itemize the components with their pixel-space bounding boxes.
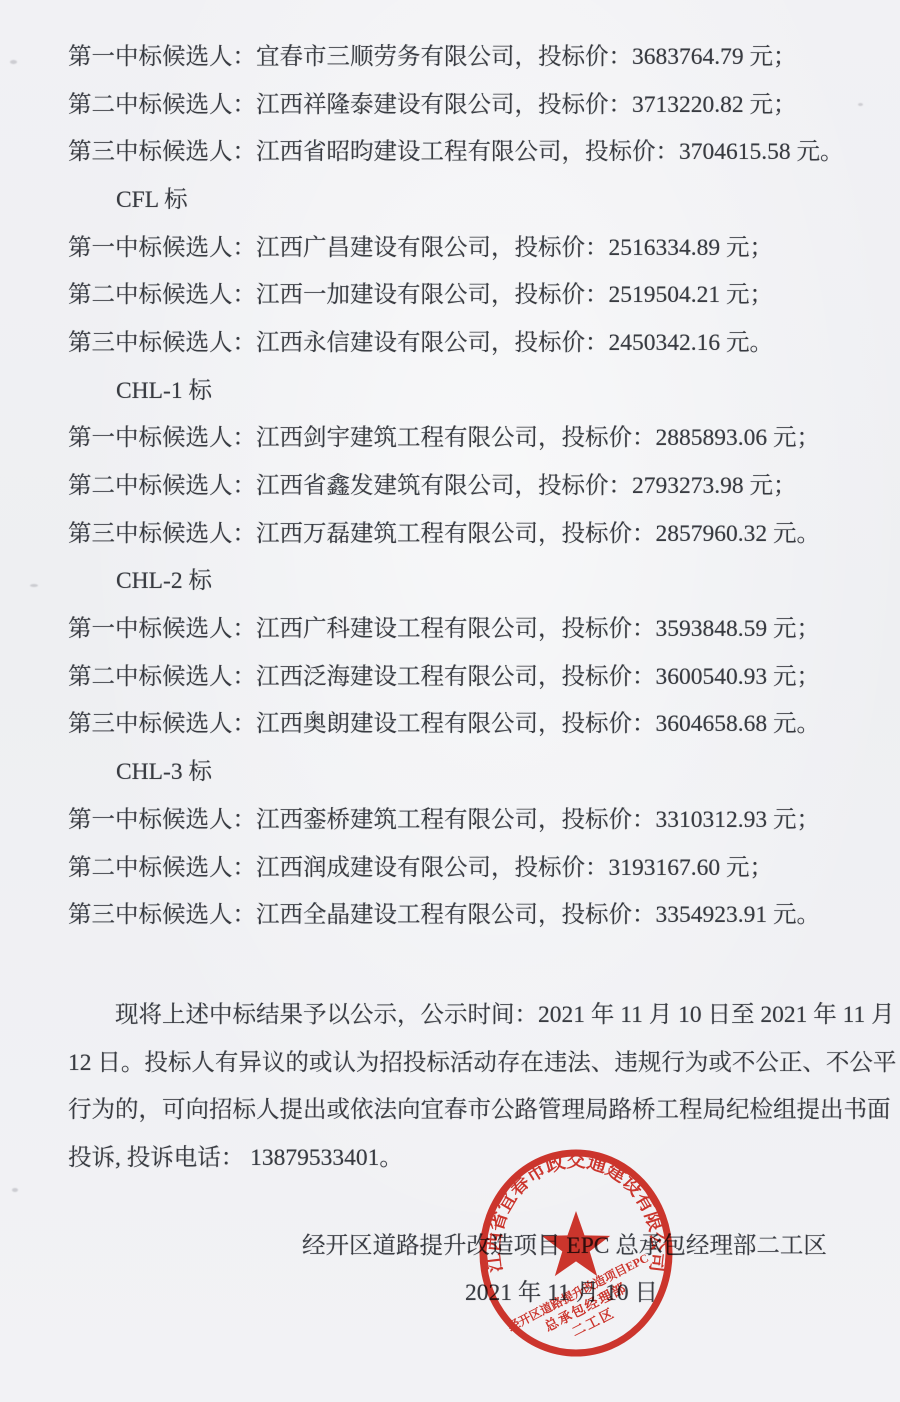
candidate-line: 第二中标候选人：江西润成建设有限公司，投标价：3193167.60 元； [68, 841, 855, 889]
candidate-line: 第三中标候选人：江西永信建设有限公司，投标价：2450342.16 元。 [68, 316, 855, 364]
seal-star [542, 1211, 610, 1276]
paragraph-line: 现将上述中标结果予以公示，公示时间：2021 年 11 月 10 日至 2021… [68, 988, 855, 1036]
scan-artifact [858, 103, 863, 106]
section-header: CHL-1 标 [68, 364, 855, 412]
candidate-line: 第三中标候选人：江西省昭昀建设工程有限公司，投标价：3704615.58 元。 [68, 125, 855, 173]
section-header: CFL 标 [68, 173, 855, 221]
official-seal: 江西省宜春市政交通建设有限公司 经开区道路提升改造项目EPC 总承包经理部 二工… [476, 1148, 676, 1362]
paragraph-line: 12 日。投标人有异议的或认为招投标活动存在违法、违规行为或不公正、不公平 [68, 1036, 855, 1084]
document-page: 第一中标候选人：宜春市三顺劳务有限公司，投标价：3683764.79 元；第二中… [0, 0, 900, 1402]
candidate-line: 第二中标候选人：江西祥隆泰建设有限公司，投标价：3713220.82 元； [68, 78, 855, 126]
candidate-line: 第二中标候选人：江西一加建设有限公司，投标价：2519504.21 元； [68, 268, 855, 316]
section-header: CHL-3 标 [68, 745, 855, 793]
scan-artifact [30, 584, 38, 587]
candidate-line: 第三中标候选人：江西奥朗建设工程有限公司，投标价：3604658.68 元。 [68, 698, 855, 746]
signature-org: 经开区道路提升改造项目 EPC 总承包经理部二工区 [68, 1219, 855, 1267]
candidate-line: 第一中标候选人：江西剑宇建筑工程有限公司，投标价：2885893.06 元； [68, 412, 855, 460]
candidate-line: 第一中标候选人：江西銮桥建筑工程有限公司，投标价：3310312.93 元； [68, 793, 855, 841]
signature-date: 2021 年 11 月 10 日 [68, 1267, 855, 1315]
candidate-line: 第三中标候选人：江西万磊建筑工程有限公司，投标价：2857960.32 元。 [68, 507, 855, 555]
section-header: CHL-2 标 [68, 555, 855, 603]
candidate-line: 第一中标候选人：江西广昌建设有限公司，投标价：2516334.89 元； [68, 221, 855, 269]
paragraph-line: 投诉, 投诉电话： 13879533401。 [68, 1131, 855, 1179]
document-body: 第一中标候选人：宜春市三顺劳务有限公司，投标价：3683764.79 元；第二中… [68, 30, 855, 936]
candidate-line: 第一中标候选人：江西广科建设工程有限公司，投标价：3593848.59 元； [68, 602, 855, 650]
candidate-line: 第二中标候选人：江西省鑫发建筑有限公司，投标价：2793273.98 元； [68, 459, 855, 507]
paragraph-line: 行为的，可向招标人提出或依法向宜春市公路管理局路桥工程局纪检组提出书面 [68, 1083, 855, 1131]
candidate-line: 第一中标候选人：宜春市三顺劳务有限公司，投标价：3683764.79 元； [68, 30, 855, 78]
scan-artifact [10, 60, 17, 64]
candidate-line: 第三中标候选人：江西全晶建设工程有限公司，投标价：3354923.91 元。 [68, 888, 855, 936]
closing-paragraph: 现将上述中标结果予以公示，公示时间：2021 年 11 月 10 日至 2021… [68, 988, 855, 1179]
candidate-line: 第二中标候选人：江西泛海建设工程有限公司，投标价：3600540.93 元； [68, 650, 855, 698]
scan-artifact [12, 1188, 18, 1192]
